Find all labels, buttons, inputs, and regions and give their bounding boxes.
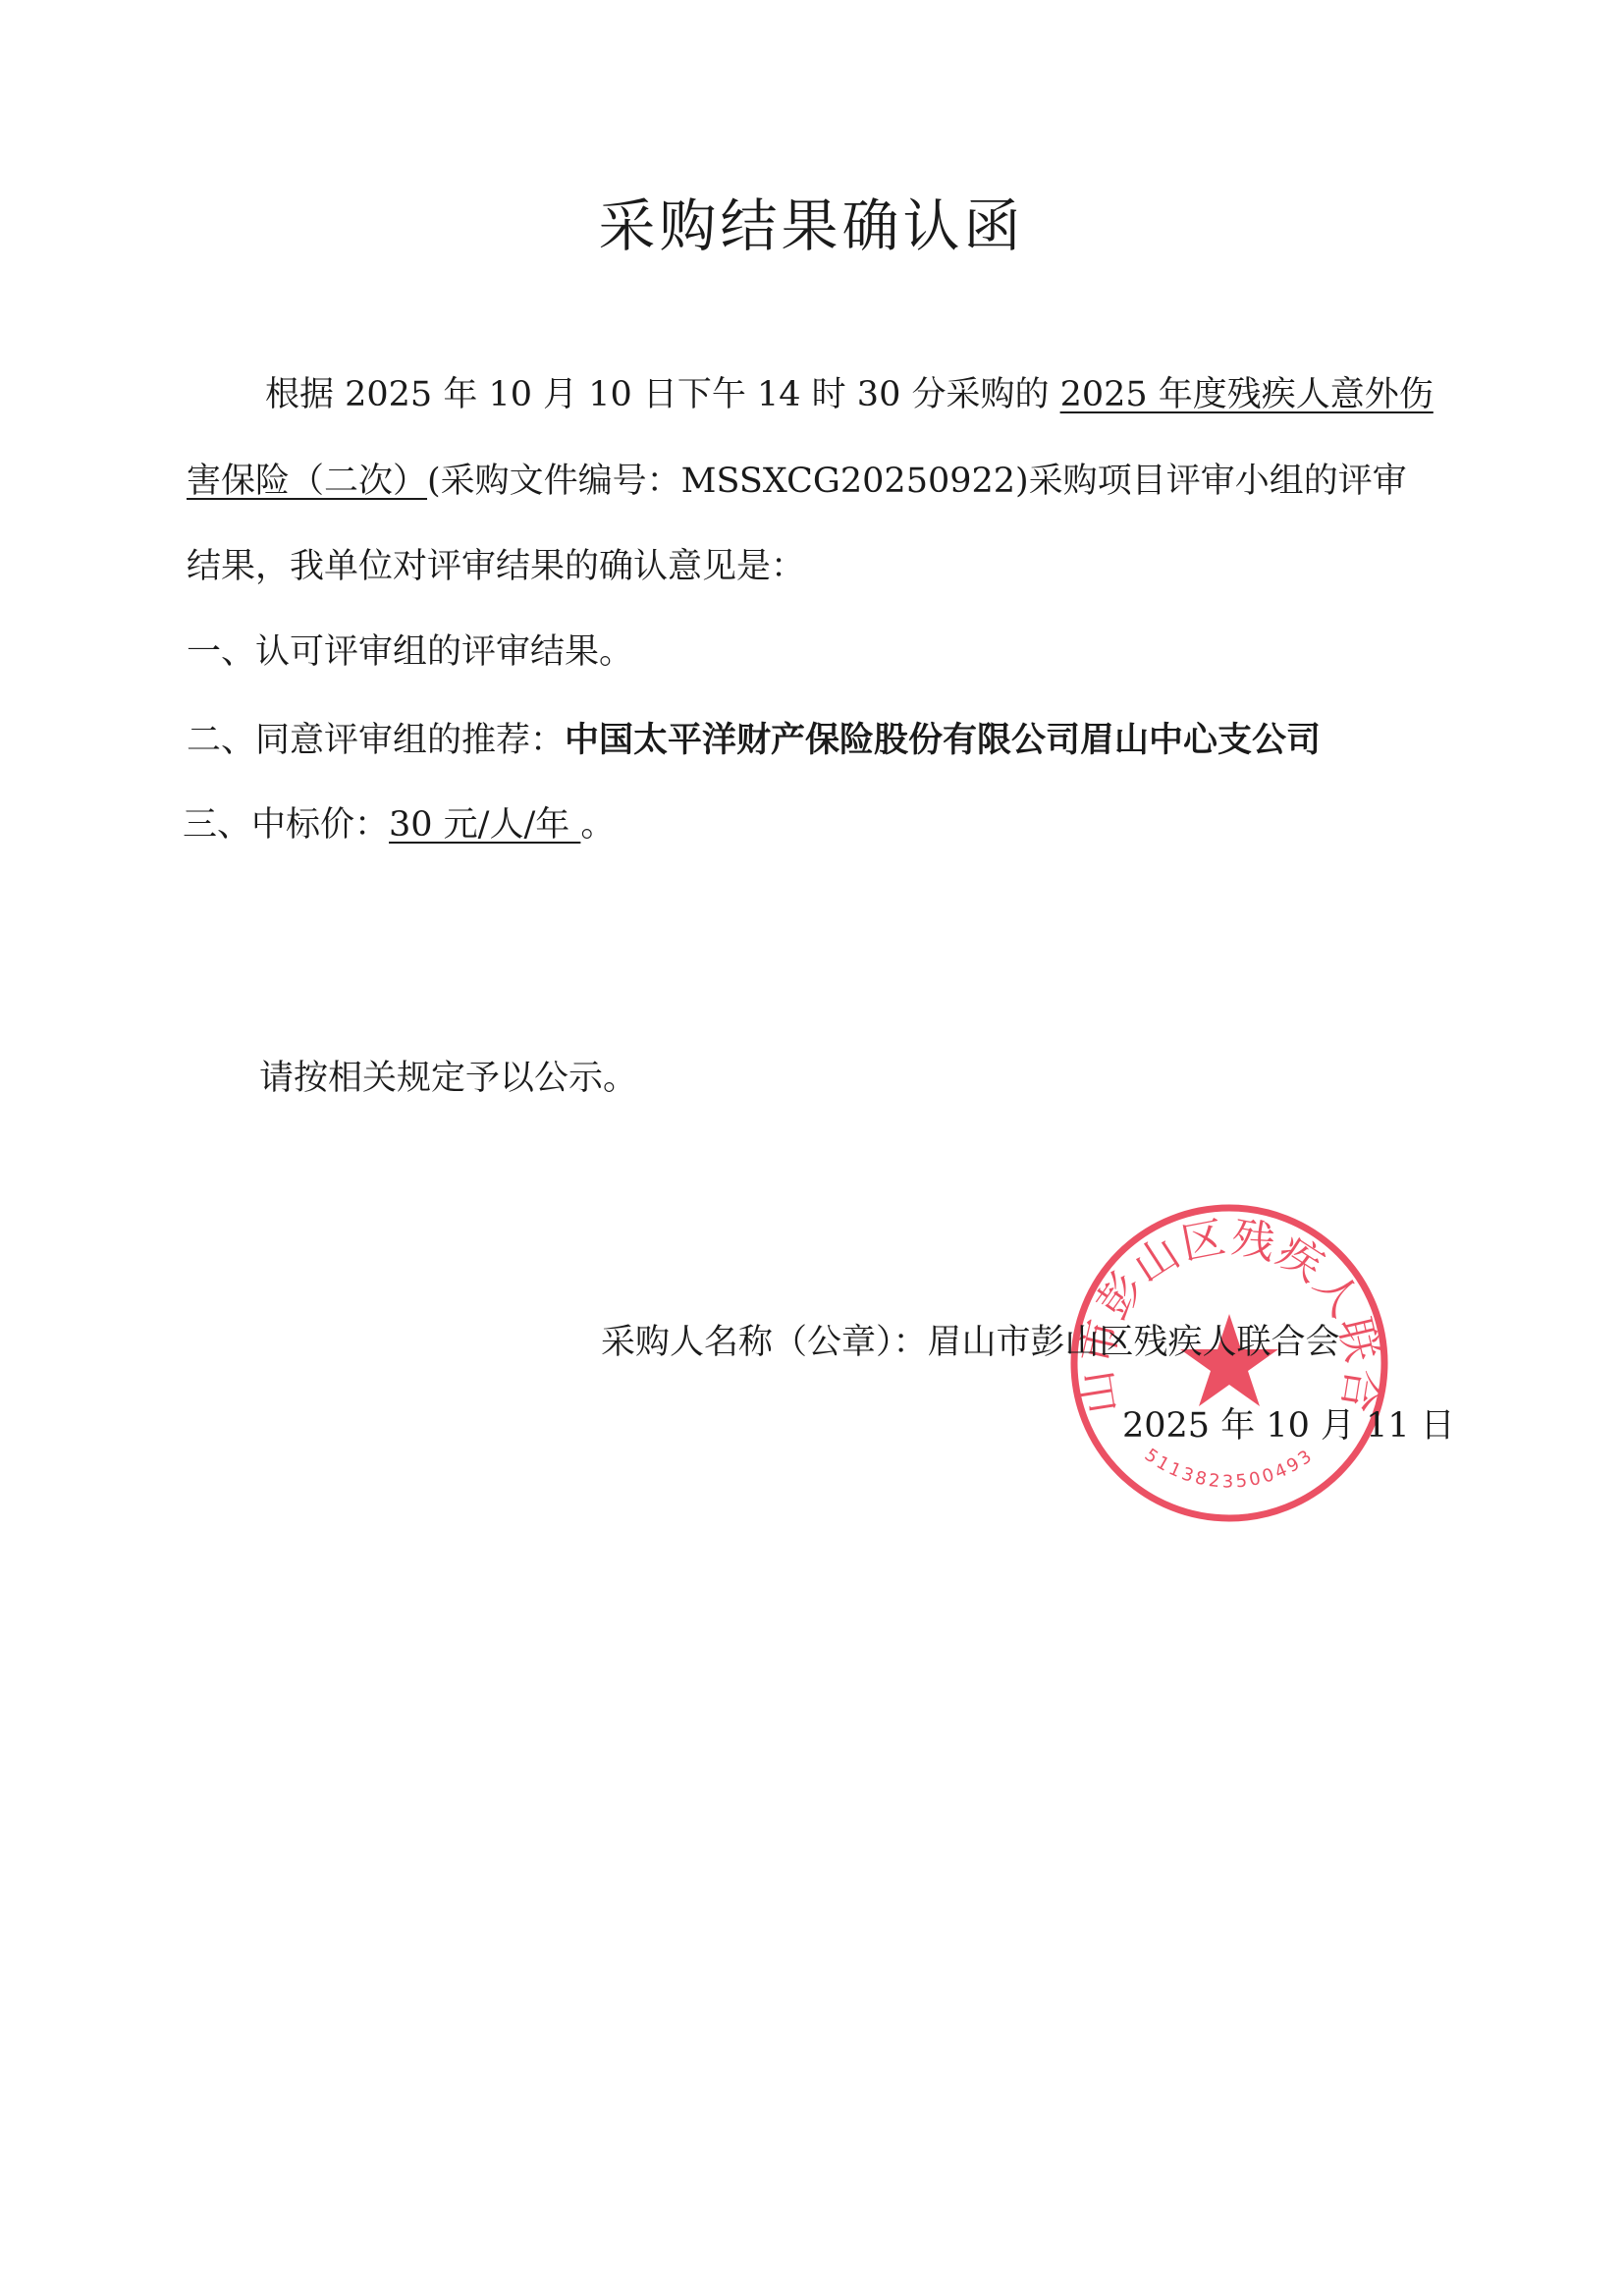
document-title: 采购结果确认函 [0,187,1623,265]
confirmation-intro-text: 结果，我单位对评审结果的确认意见是： [187,547,805,586]
signature-label: 采购人名称（公章）： [601,1323,928,1362]
document-page: 采购结果确认函 根据 2025 年 10 月 10 日下午 14 时 30 分采… [0,0,1623,2296]
seal-text: 眉山市彭山区残疾人联合会 [1062,1196,1388,1417]
svg-text:眉山市彭山区残疾人联合会: 眉山市彭山区残疾人联合会 [1062,1196,1388,1417]
paragraph-line-3: 结果，我单位对评审结果的确认意见是： [187,543,805,590]
winning-bidder-name: 中国太平洋财产保险股份有限公司眉山中心支公司 [565,720,1321,760]
paragraph-line-1: 根据 2025 年 10 月 10 日下午 14 时 30 分采购的 2025 … [265,371,1434,418]
item-1-label: 一、认可评审组的评审结果。 [187,632,633,672]
procurement-file-number-text: (采购文件编号：MSSXCG20250922)采购项目评审小组的评审 [427,462,1407,501]
procurement-intro-text: 根据 2025 年 10 月 10 日下午 14 时 30 分采购的 [265,375,1060,414]
signature-line: 采购人名称（公章）：眉山市彭山区残疾人联合会 [601,1319,1340,1366]
project-name-part-1: 2025 年度残疾人意外伤 [1060,375,1434,414]
purchaser-organization: 眉山市彭山区残疾人联合会 [928,1323,1340,1362]
seal-code: 5113823500493 [1141,1445,1318,1492]
winning-price-value: 30 元/人/年 [389,805,580,845]
publicity-notice: 请按相关规定予以公示。 [259,1055,637,1102]
signature-date: 2025 年 10 月 11 日 [1122,1402,1455,1449]
item-3-winning-price: 三、中标价：30 元/人/年 。 [183,801,615,848]
item-1-approve-result: 一、认可评审组的评审结果。 [187,629,633,676]
item-2-label: 二、同意评审组的推荐： [187,721,565,760]
project-name-part-2: 害保险（二次） [187,462,427,501]
item-3-label: 三、中标价： [183,805,389,845]
item-2-recommendation: 二、同意评审组的推荐：中国太平洋财产保险股份有限公司眉山中心支公司 [187,717,1321,764]
publicity-notice-text: 请按相关规定予以公示。 [259,1059,637,1098]
svg-text:5113823500493: 5113823500493 [1141,1445,1318,1492]
item-3-period: 。 [580,805,615,845]
paragraph-line-2: 害保险（二次）(采购文件编号：MSSXCG20250922)采购项目评审小组的评… [187,458,1407,505]
